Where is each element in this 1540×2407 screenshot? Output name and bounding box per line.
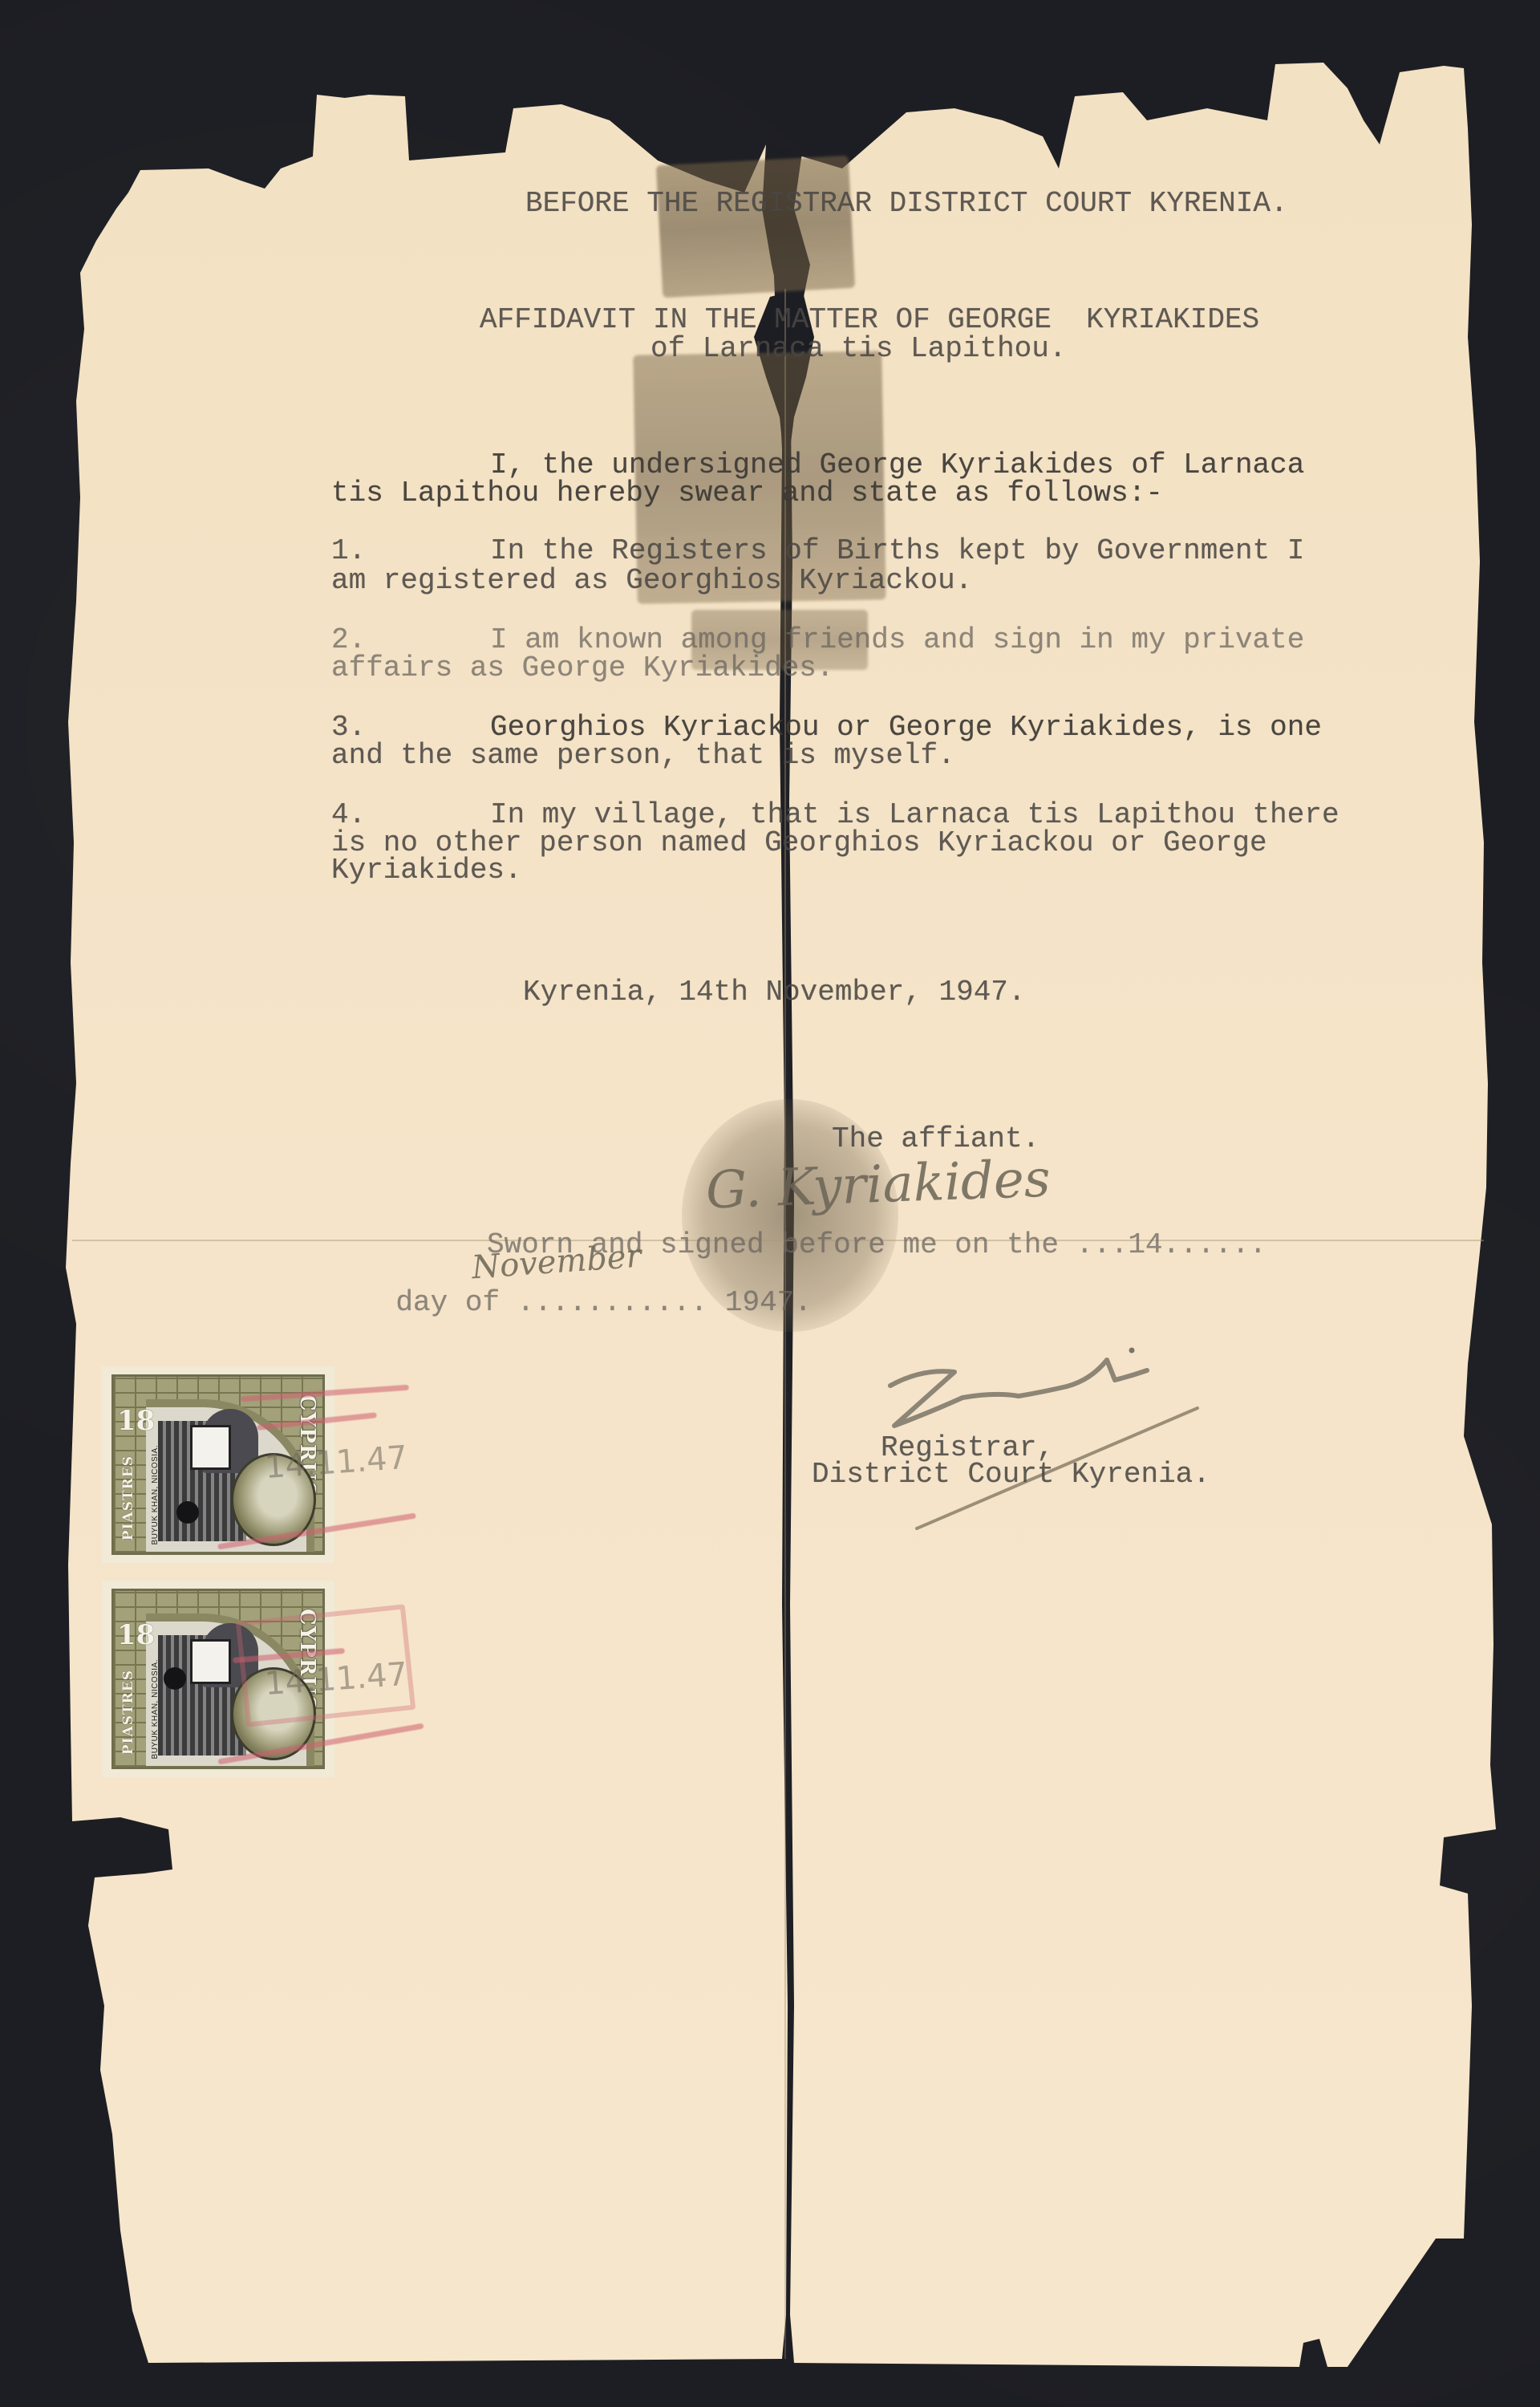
registrar-court: District Court Kyrenia. xyxy=(812,1460,1210,1489)
stamp-2-punch-hole xyxy=(164,1667,186,1690)
stamp-1-value: 18 xyxy=(117,1409,144,1433)
stamp-2-caption: BUYUK KHAN, NICOSIA. xyxy=(151,1659,160,1759)
stamp-1-punch-hole xyxy=(176,1501,199,1524)
stamp-1-currency: PIASTRES xyxy=(120,1455,136,1540)
stamp-2-window-icon xyxy=(190,1639,231,1684)
stamp-1-caption: BUYUK KHAN, NICOSIA. xyxy=(151,1445,160,1544)
stamp-2-value: 18 xyxy=(117,1623,144,1647)
stamp-2-currency: PIASTRES xyxy=(120,1670,136,1755)
stamp-1-window-icon xyxy=(190,1425,231,1470)
affidavit-paper: BEFORE THE REGISTRAR DISTRICT COURT KYRE… xyxy=(0,0,1540,2407)
registrar-signature-icon xyxy=(0,0,1540,2407)
